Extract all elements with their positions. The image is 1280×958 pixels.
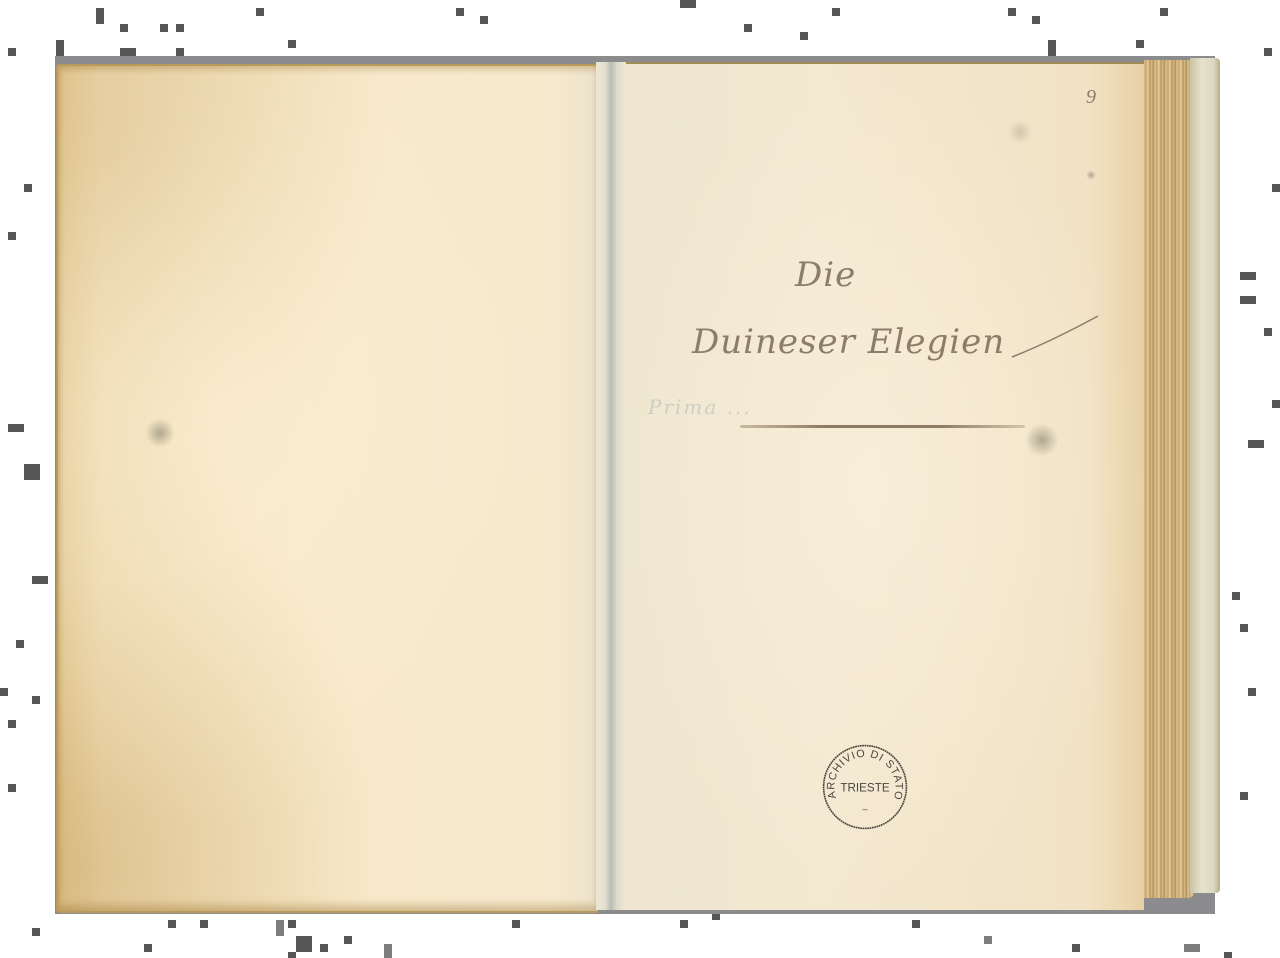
folio-number: 9	[1086, 86, 1096, 109]
stamp-center-text: TRIESTE	[840, 782, 890, 795]
book-gutter	[596, 62, 626, 910]
foxing-spot	[1025, 423, 1059, 457]
stamp-mark: –	[862, 804, 867, 814]
foxing-spot	[145, 418, 175, 448]
page-edges	[1144, 60, 1194, 898]
flourish-stroke	[1010, 312, 1100, 362]
foxing-spot	[1086, 170, 1096, 180]
foxing-spot	[1008, 120, 1032, 144]
left-page	[56, 64, 598, 913]
underline-rule	[740, 425, 1025, 428]
open-book	[50, 58, 1220, 913]
archive-stamp: ARCHIVIO DI STATO TRIESTE –	[818, 742, 912, 832]
faint-erased-text: Prima ...	[648, 395, 752, 419]
title-line-1: Die	[795, 255, 856, 295]
back-cover-edge	[1190, 58, 1220, 893]
title-line-2: Duineser Elegien	[692, 322, 1005, 362]
